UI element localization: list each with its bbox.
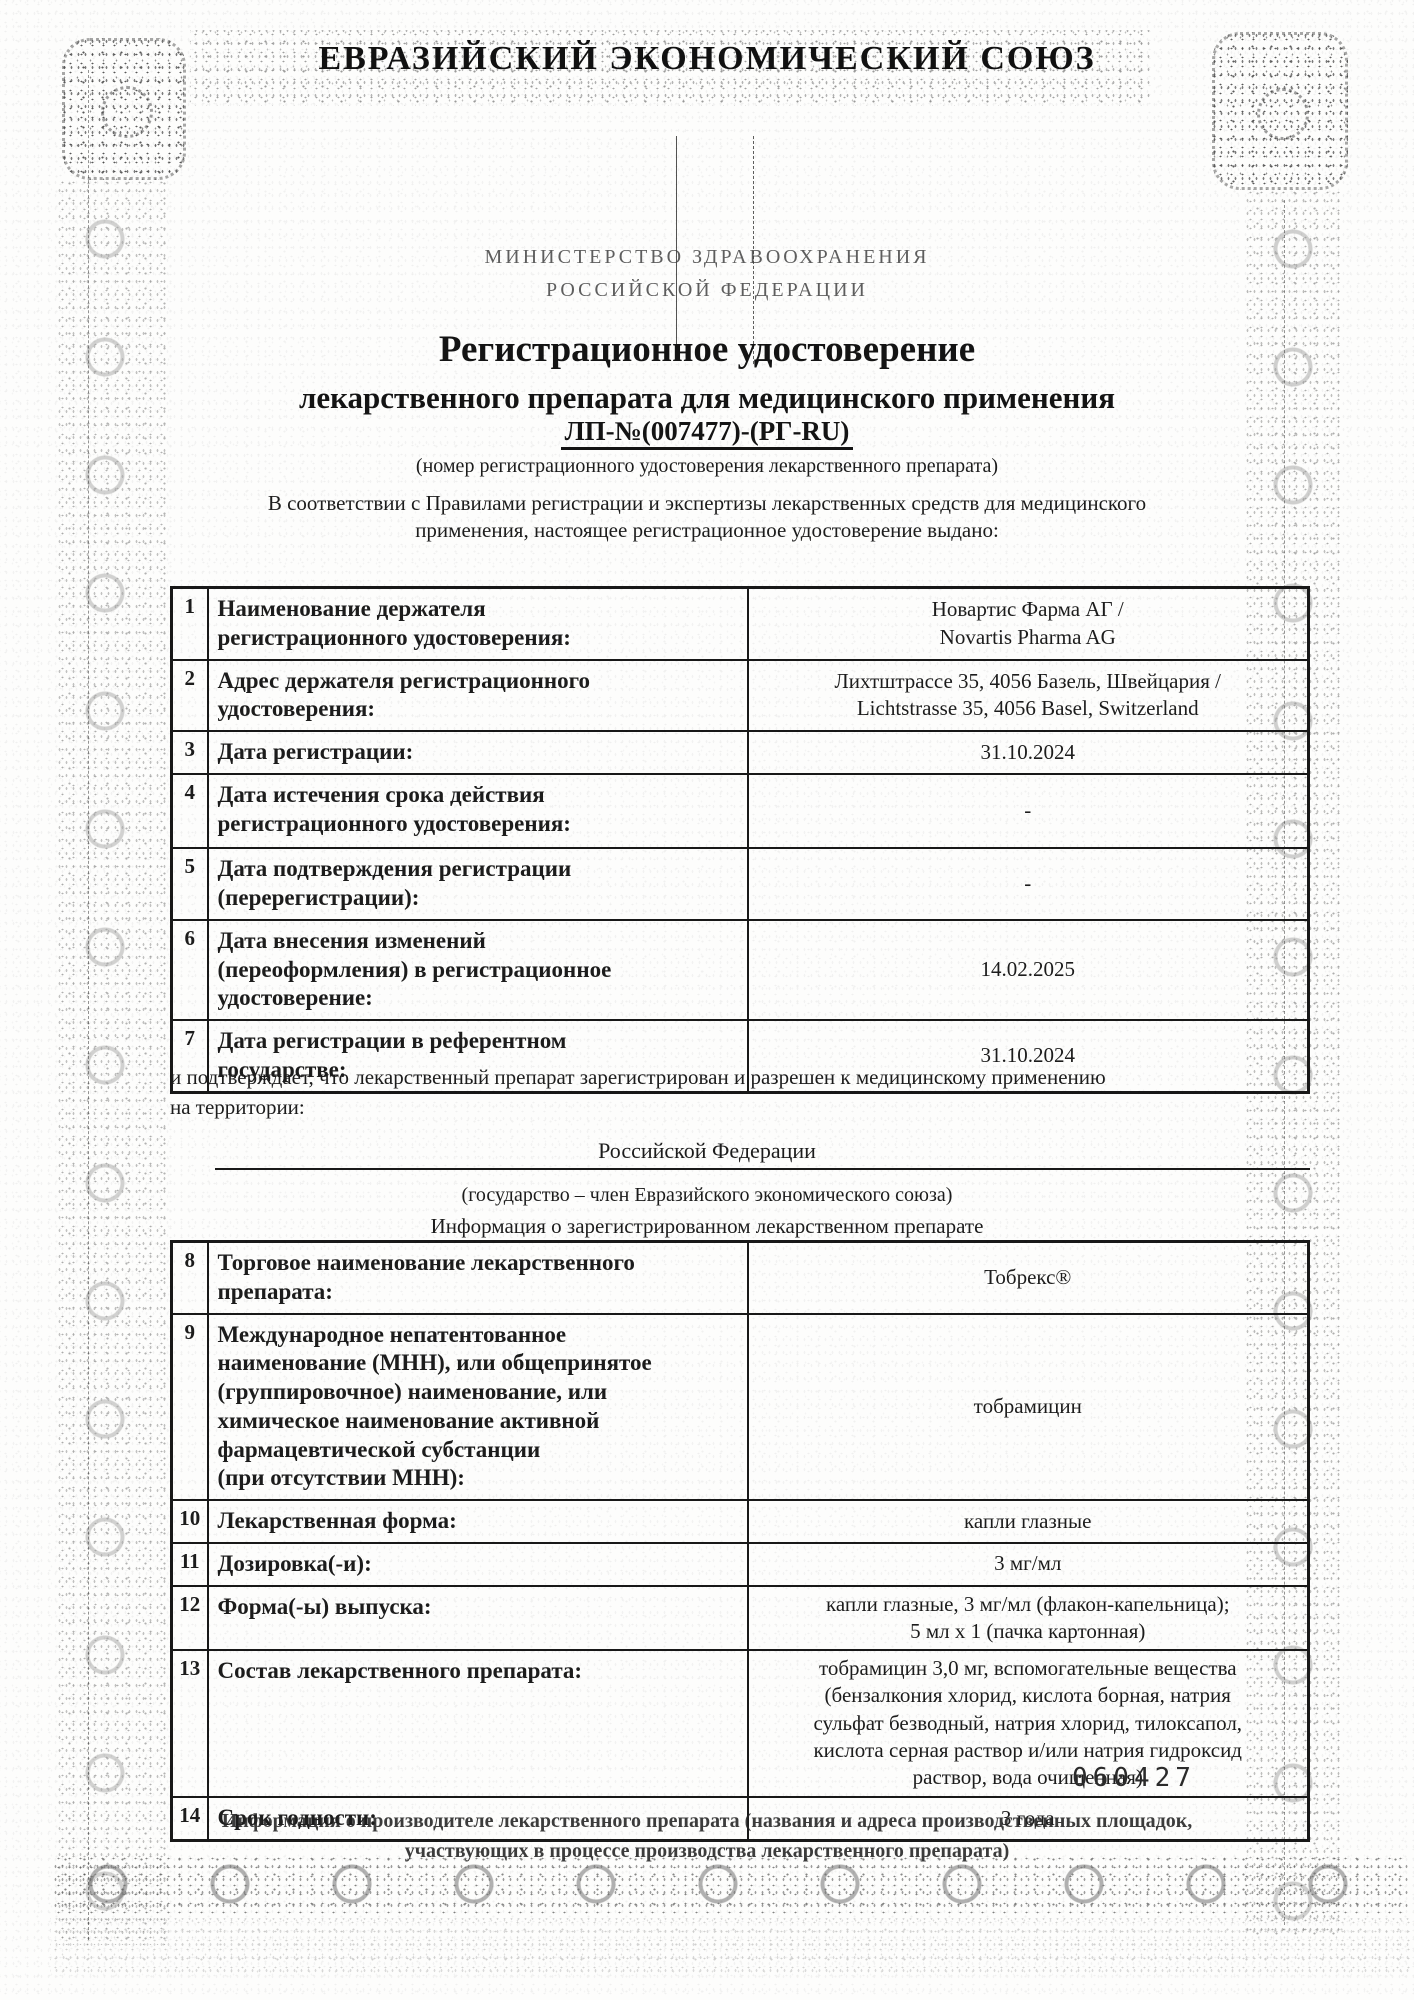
table-row: 8 Торговое наименование лекарственного п… bbox=[172, 1242, 1309, 1314]
fold-mark-left bbox=[676, 136, 677, 348]
eaeu-header: ЕВРАЗИЙСКИЙ ЭКОНОМИЧЕСКИЙ СОЮЗ bbox=[0, 40, 1414, 78]
document-title: Регистрационное удостоверение bbox=[0, 328, 1414, 371]
row-label: Дата внесения изменений (переоформления)… bbox=[208, 920, 748, 1020]
territory-caption: (государство – член Евразийского экономи… bbox=[0, 1184, 1414, 1207]
ministry-name-line1: МИНИСТЕРСТВО ЗДРАВООХРАНЕНИЯ bbox=[0, 246, 1414, 269]
intro-paragraph: В соответствии с Правилами регистрации и… bbox=[0, 490, 1414, 544]
row-number: 8 bbox=[172, 1242, 208, 1314]
footer-manufacturer-note: Информация о производителе лекарственног… bbox=[90, 1806, 1324, 1866]
table-row: 11 Дозировка(-и): 3 мг/мл bbox=[172, 1543, 1309, 1586]
row-label: Адрес держателя регистрационного удостов… bbox=[208, 660, 748, 732]
table-row: 12 Форма(-ы) выпуска: капли глазные, 3 м… bbox=[172, 1586, 1309, 1651]
row-number: 3 bbox=[172, 731, 208, 774]
row-value: тобрамицин 3,0 мг, вспомогательные вещес… bbox=[748, 1650, 1309, 1796]
certificate-page: ЕВРАЗИЙСКИЙ ЭКОНОМИЧЕСКИЙ СОЮЗ МИНИСТЕРС… bbox=[0, 0, 1414, 2000]
serial-number-stamp: 060427 bbox=[1072, 1763, 1196, 1793]
row-number: 10 bbox=[172, 1500, 208, 1543]
row-value: Новартис Фарма АГ / Novartis Pharma AG bbox=[748, 588, 1309, 660]
row-number: 1 bbox=[172, 588, 208, 660]
row-label: Наименование держателя регистрационного … bbox=[208, 588, 748, 660]
table-row: 1 Наименование держателя регистрационног… bbox=[172, 588, 1309, 660]
product-table: 8 Торговое наименование лекарственного п… bbox=[170, 1240, 1310, 1842]
row-value: Тобрекс® bbox=[748, 1242, 1309, 1314]
holder-table: 1 Наименование держателя регистрационног… bbox=[170, 586, 1310, 1094]
document-subtitle: лекарственного препарата для медицинског… bbox=[0, 380, 1414, 416]
confirmation-text: и подтверждает, что лекарственный препар… bbox=[170, 1062, 1310, 1122]
table-row: 5 Дата подтверждения регистрации (перере… bbox=[172, 848, 1309, 920]
row-number: 5 bbox=[172, 848, 208, 920]
row-label: Лекарственная форма: bbox=[208, 1500, 748, 1543]
row-label: Состав лекарственного препарата: bbox=[208, 1650, 748, 1796]
row-value: 3 мг/мл bbox=[748, 1543, 1309, 1586]
registration-number-caption: (номер регистрационного удостоверения ле… bbox=[0, 455, 1414, 478]
row-number: 11 bbox=[172, 1543, 208, 1586]
row-number: 4 bbox=[172, 774, 208, 848]
row-label: Торговое наименование лекарственного пре… bbox=[208, 1242, 748, 1314]
table-row: 10 Лекарственная форма: капли глазные bbox=[172, 1500, 1309, 1543]
row-value: - bbox=[748, 774, 1309, 848]
product-section-title: Информация о зарегистрированном лекарств… bbox=[0, 1214, 1414, 1239]
guilloche-border-bottom-outer bbox=[50, 1918, 1410, 1973]
row-label: Дата истечения срока действия регистраци… bbox=[208, 774, 748, 848]
row-value: Лихтштрассе 35, 4056 Базель, Швейцария /… bbox=[748, 660, 1309, 732]
row-label: Дозировка(-и): bbox=[208, 1543, 748, 1586]
table-row: 9 Международное непатентованное наименов… bbox=[172, 1314, 1309, 1501]
row-number: 9 bbox=[172, 1314, 208, 1501]
table-row: 2 Адрес держателя регистрационного удост… bbox=[172, 660, 1309, 732]
territory-name: Российской Федерации bbox=[0, 1138, 1414, 1164]
table-row: 6 Дата внесения изменений (переоформлени… bbox=[172, 920, 1309, 1020]
row-number: 13 bbox=[172, 1650, 208, 1796]
row-value: капли глазные bbox=[748, 1500, 1309, 1543]
ministry-name-line2: РОССИЙСКОЙ ФЕДЕРАЦИИ bbox=[0, 279, 1414, 302]
row-value: 14.02.2025 bbox=[748, 920, 1309, 1020]
row-label: Дата регистрации: bbox=[208, 731, 748, 774]
row-label: Международное непатентованное наименован… bbox=[208, 1314, 748, 1501]
territory-underline bbox=[215, 1168, 1310, 1170]
row-number: 12 bbox=[172, 1586, 208, 1651]
table-row: 3 Дата регистрации: 31.10.2024 bbox=[172, 731, 1309, 774]
row-value: 31.10.2024 bbox=[748, 731, 1309, 774]
row-label: Дата подтверждения регистрации (перереги… bbox=[208, 848, 748, 920]
row-number: 6 bbox=[172, 920, 208, 1020]
row-label: Форма(-ы) выпуска: bbox=[208, 1586, 748, 1651]
row-number: 2 bbox=[172, 660, 208, 732]
registration-number: ЛП-№(007477)-(РГ-RU) bbox=[0, 416, 1414, 447]
row-value: капли глазные, 3 мг/мл (флакон-капельниц… bbox=[748, 1586, 1309, 1651]
table-row: 4 Дата истечения срока действия регистра… bbox=[172, 774, 1309, 848]
row-value: тобрамицин bbox=[748, 1314, 1309, 1501]
row-value: - bbox=[748, 848, 1309, 920]
